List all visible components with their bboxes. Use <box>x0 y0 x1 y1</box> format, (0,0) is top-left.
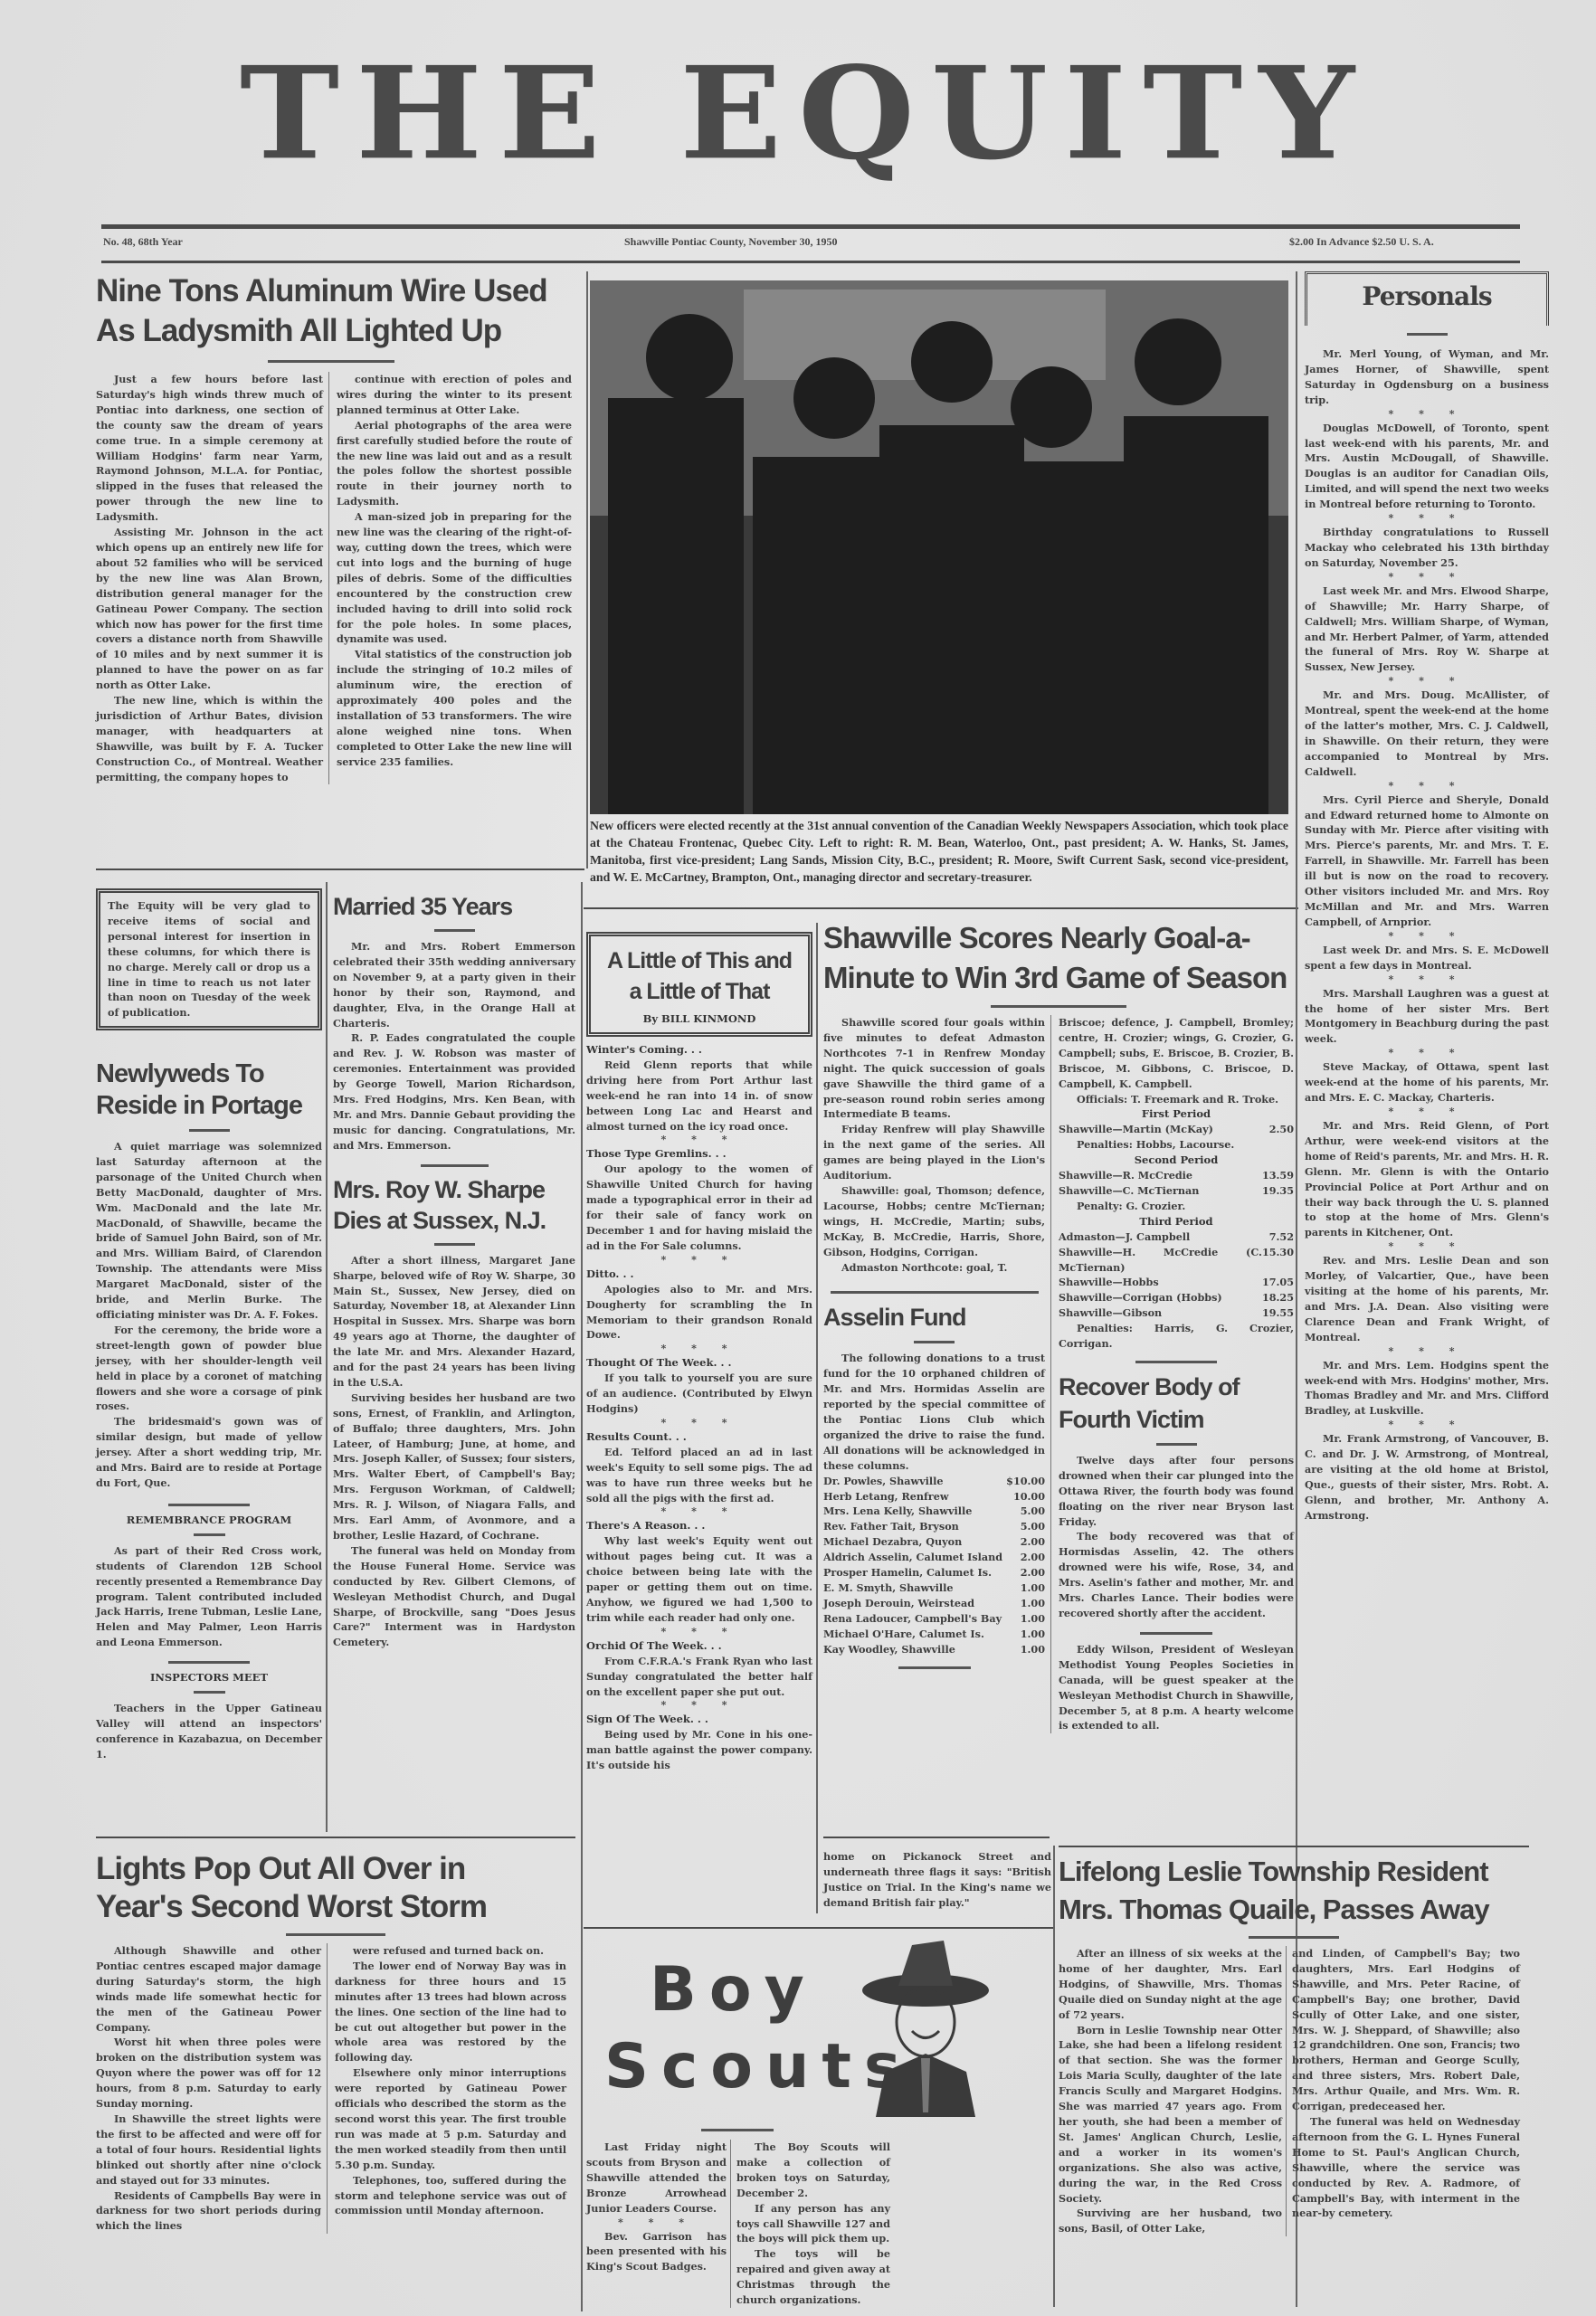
column-headline-2: a Little of That <box>594 976 804 1007</box>
period-title: Third Period <box>1059 1214 1294 1229</box>
scouts-title-1: Boy <box>650 1954 817 2026</box>
donation-row: Dr. Powles, Shawville$10.00 <box>823 1474 1045 1489</box>
paragraph: A man-sized job in preparing for the new… <box>337 509 572 647</box>
section-rule <box>168 1504 250 1506</box>
section-title: Winter's Coming. . . <box>586 1042 812 1058</box>
column-divider <box>816 923 818 1913</box>
newlyweds-body: A quiet marriage was solemnized last Sat… <box>96 1139 322 1491</box>
headline-rule <box>194 1691 225 1694</box>
paragraph: The bridesmaid's gown was of similar des… <box>96 1414 322 1491</box>
aluminum-headline-2: As Ladysmith All Lighted Up <box>96 311 584 351</box>
masthead-title: THE EQUITY <box>181 57 1430 169</box>
donation-row: Mrs. Lena Kelly, Shawville5.00 <box>823 1504 1045 1519</box>
paragraph: Reid Glenn reports that while driving he… <box>586 1058 812 1134</box>
goal-row: Shawville—Corrigan (Hobbs)18.25 <box>1059 1290 1294 1305</box>
little-of-this-body: Winter's Coming. . . Reid Glenn reports … <box>586 1042 812 1773</box>
donation-row: Herb Letang, Renfrew10.00 <box>823 1489 1045 1504</box>
paragraph: Briscoe; defence, J. Campbell, Bromley; … <box>1059 1015 1294 1092</box>
separator: * * * <box>1305 512 1549 525</box>
paragraph: The following donations to a trust fund … <box>823 1351 1045 1473</box>
paragraph: Eddy Wilson, President of Wesleyan Metho… <box>1059 1642 1294 1733</box>
section-title: There's A Reason. . . <box>586 1518 812 1533</box>
section-rule <box>1140 1632 1212 1635</box>
penalties: Penalties: Hobbs, Lacourse. <box>1059 1137 1294 1153</box>
goal-time: 15.30 <box>1262 1245 1294 1276</box>
donation-amount: $10.00 <box>1006 1474 1045 1489</box>
donation-amount: 2.00 <box>1021 1534 1045 1550</box>
paragraph: Mr. and Mrs. Robert Emmerson celebrated … <box>333 939 575 1030</box>
recover-headline-2: Fourth Victim <box>1059 1403 1294 1436</box>
donor-name: Dr. Powles, Shawville <box>823 1474 943 1489</box>
paragraph: If any person has any toys call Shawvill… <box>736 2201 890 2247</box>
separator: * * * <box>1305 1419 1549 1431</box>
paragraph: After an illness of six weeks at the hom… <box>1059 1946 1282 2023</box>
separator: * * * <box>586 1134 812 1146</box>
newspaper-page: THE EQUITY No. 48, 68th Year Shawville P… <box>0 0 1596 2316</box>
boy-scouts-banner: Boy Scouts <box>586 1936 1048 2117</box>
donation-amount: 1.00 <box>1021 1596 1045 1611</box>
paragraph: The body recovered was that of Hormisdas… <box>1059 1529 1294 1620</box>
personal-item: Mr. Merl Young, of Wyman, and Mr. James … <box>1305 346 1549 408</box>
paragraph: The toys will be repaired and given away… <box>736 2246 890 2308</box>
aluminum-col-2: continue with erection of poles and wire… <box>337 372 572 784</box>
paragraph: Worst hit when three poles were broken o… <box>96 2035 321 2112</box>
paragraph: Vital statistics of the construction job… <box>337 647 572 769</box>
donor-name: Michael Dezabra, Quyon <box>823 1534 962 1550</box>
section-rule <box>823 1837 1050 1838</box>
paragraph: Telephones, too, suffered during the sto… <box>335 2173 566 2219</box>
paragraph: From C.F.R.A.'s Frank Ryan who last Sund… <box>586 1654 812 1700</box>
headline-rule <box>434 1243 475 1246</box>
storm-headline-2: Year's Second Worst Storm <box>96 1888 575 1926</box>
sharpe-headline-1: Mrs. Roy W. Sharpe <box>333 1174 575 1205</box>
donation-row: Prosper Hamelin, Calumet Is.2.00 <box>823 1565 1045 1580</box>
goal-text: Admaston—J. Campbell <box>1059 1229 1190 1245</box>
remembrance-body: As part of their Red Cross work, student… <box>96 1543 322 1650</box>
donation-row: Kay Woodley, Shawville1.00 <box>823 1642 1045 1657</box>
paragraph: Assisting Mr. Johnson in the act which o… <box>96 525 323 693</box>
byline: By BILL KINMOND <box>594 1012 804 1025</box>
storm-article: Lights Pop Out All Over in Year's Second… <box>96 1850 575 2234</box>
section-title: Sign Of The Week. . . <box>586 1712 812 1727</box>
personal-item: Mr. Frank Armstrong, of Vancouver, B. C.… <box>1305 1431 1549 1523</box>
headline-rule <box>914 1341 955 1343</box>
paragraph: Surviving are her husband, two sons, Bas… <box>1059 2206 1282 2236</box>
goal-text: Shawville—Martin (McKay) <box>1059 1122 1213 1137</box>
paragraph: The lower end of Norway Bay was in darkn… <box>335 1959 566 2065</box>
paragraph: Last Friday night scouts from Bryson and… <box>586 2140 727 2216</box>
little-of-this-column: A Little of This and a Little of That By… <box>586 932 812 1773</box>
married-headline: Married 35 Years <box>333 891 575 922</box>
headline-rule <box>268 360 394 363</box>
donor-name: Rena Ladoucer, Campbell's Bay <box>823 1611 1002 1627</box>
separator: * * * <box>586 1505 812 1518</box>
separator: * * * <box>1305 675 1549 688</box>
paragraph: The new line, which is within the jurisd… <box>96 693 323 784</box>
personal-item: Rev. and Mrs. Leslie Dean and son Morley… <box>1305 1253 1549 1344</box>
goal-time: 19.35 <box>1262 1183 1294 1199</box>
personal-item: Mrs. Marshall Laughren was a guest at th… <box>1305 986 1549 1048</box>
donor-name: Aldrich Asselin, Calumet Island <box>823 1550 1002 1565</box>
paragraph: Teachers in the Upper Gatineau Valley wi… <box>96 1701 322 1762</box>
donor-name: Prosper Hamelin, Calumet Is. <box>823 1565 992 1580</box>
paragraph: Friday Renfrew will play Shawville in th… <box>823 1122 1045 1183</box>
sharpe-headline-2: Dies at Sussex, N.J. <box>333 1205 575 1236</box>
paragraph: Shawville scored four goals within five … <box>823 1015 1045 1122</box>
donor-name: Mrs. Lena Kelly, Shawville <box>823 1504 972 1519</box>
headline-rule <box>1156 1443 1197 1446</box>
masthead-rule-top <box>101 224 1520 229</box>
storm-headline-1: Lights Pop Out All Over in <box>96 1850 575 1888</box>
section-title: Results Count. . . <box>586 1429 812 1445</box>
goal-time: 19.55 <box>1262 1305 1294 1321</box>
scout-illustration-icon <box>858 1936 993 2117</box>
penalties: Penalty: G. Crozier. <box>1059 1199 1294 1214</box>
paragraph: R. P. Eades congratulated the couple and… <box>333 1030 575 1153</box>
place-date: Shawville Pontiac County, November 30, 1… <box>624 235 837 253</box>
officers-photo <box>590 280 1288 814</box>
separator: * * * <box>1305 408 1549 421</box>
donation-row: Rena Ladoucer, Campbell's Bay1.00 <box>823 1611 1045 1627</box>
goal-text: Shawville—C. McTiernan <box>1059 1183 1199 1199</box>
married-article: Married 35 Years Mr. and Mrs. Robert Emm… <box>333 891 575 1650</box>
goal-text: Shawville—Corrigan (Hobbs) <box>1059 1290 1222 1305</box>
column-divider <box>586 271 588 868</box>
subscription-price: $2.00 In Advance $2.50 U. S. A. <box>1289 235 1434 253</box>
personal-item: Douglas McDowell, of Toronto, spent last… <box>1305 421 1549 512</box>
paragraph: A quiet marriage was solemnized last Sat… <box>96 1139 322 1323</box>
scouts-col-1: Last Friday night scouts from Bryson and… <box>586 2140 731 2308</box>
separator: * * * <box>1305 1240 1549 1253</box>
boy-scouts-body: Last Friday night scouts from Bryson and… <box>586 2140 1048 2308</box>
paragraph: Born in Leslie Township near Otter Lake,… <box>1059 2023 1282 2207</box>
paragraph: Admaston Northcote: goal, T. <box>823 1260 1045 1276</box>
paragraph: Ed. Telford placed an ad in last week's … <box>586 1445 812 1506</box>
period-title: Second Period <box>1059 1153 1294 1168</box>
separator: * * * <box>1305 930 1549 943</box>
section-rule <box>1135 1361 1217 1363</box>
paragraph: Shawville: goal, Thomson; defence, Lacou… <box>823 1183 1045 1260</box>
scouts-col-2: The Boy Scouts will make a collection of… <box>736 2140 890 2308</box>
photo-caption: New officers were elected recently at th… <box>590 817 1288 886</box>
paragraph: Our apology to the women of Shawville Un… <box>586 1162 812 1253</box>
section-rule <box>1059 1846 1529 1847</box>
personals-column: Personals Mr. Merl Young, of Wyman, and … <box>1305 271 1549 1523</box>
donation-amount: 1.00 <box>1021 1627 1045 1642</box>
paragraph: Just a few hours before last Saturday's … <box>96 372 323 525</box>
section-title: Ditto. . . <box>586 1267 812 1282</box>
submission-notice-box: The Equity will be very glad to receive … <box>96 888 322 1030</box>
donation-amount: 5.00 <box>1021 1504 1045 1519</box>
sign-of-week-continued: home on Pickanock Street and underneath … <box>823 1837 1051 1911</box>
paragraph: were refused and turned back on. <box>335 1943 566 1959</box>
column-divider <box>326 882 328 1832</box>
donor-name: Rev. Father Tait, Bryson <box>823 1519 959 1534</box>
donation-amount: 2.00 <box>1021 1565 1045 1580</box>
personal-item: Mr. and Mrs. Reid Glenn, of Port Arthur,… <box>1305 1118 1549 1240</box>
hockey-col-2: Briscoe; defence, J. Campbell, Bromley; … <box>1059 1015 1294 1733</box>
quaile-article: Lifelong Leslie Township Resident Mrs. T… <box>1059 1853 1529 2236</box>
section-rule <box>701 2129 774 2131</box>
paragraph: Bev. Garrison has been presented with hi… <box>586 2229 727 2275</box>
goal-text: Shawville—Hobbs <box>1059 1275 1159 1290</box>
paragraph: and Linden, of Campbell's Bay; two daugh… <box>1292 1946 1520 2114</box>
headline-rule <box>194 1533 225 1536</box>
newlyweds-headline-2: Reside in Portage <box>96 1090 322 1122</box>
asselin-headline: Asselin Fund <box>823 1301 1045 1334</box>
separator: * * * <box>1305 1047 1549 1059</box>
paragraph: continue with erection of poles and wire… <box>337 372 572 418</box>
personal-item: Last week Dr. and Mrs. S. E. McDowell sp… <box>1305 943 1549 973</box>
newlyweds-article: Newlyweds To Reside in Portage A quiet m… <box>96 1058 322 1762</box>
donation-row: Michael O'Hare, Calumet Is.1.00 <box>823 1627 1045 1642</box>
paragraph: Being used by Mr. Cone in his one-man ba… <box>586 1727 812 1773</box>
goal-row: Admaston—J. Campbell7.52 <box>1059 1229 1294 1245</box>
separator: * * * <box>586 1343 812 1355</box>
paragraph: If you talk to yourself you are sure of … <box>586 1371 812 1417</box>
donation-amount: 1.00 <box>1021 1580 1045 1596</box>
issue-number: No. 48, 68th Year <box>103 235 183 253</box>
goal-row: Shawville—Hobbs17.05 <box>1059 1275 1294 1290</box>
quaile-col-1: After an illness of six weeks at the hom… <box>1059 1946 1287 2236</box>
officers-photo-image <box>590 280 1288 814</box>
storm-col-2: were refused and turned back on. The low… <box>335 1943 566 2234</box>
paragraph: Apologies also to Mr. and Mrs. Dougherty… <box>586 1282 812 1343</box>
paragraph: In Shawville the street lights were the … <box>96 2112 321 2188</box>
separator: * * * <box>586 1417 812 1429</box>
headline-rule <box>434 929 475 932</box>
headline-rule <box>189 1129 230 1132</box>
donor-name: E. M. Smyth, Shawville <box>823 1580 953 1596</box>
personal-item: Mr. and Mrs. Doug. McAllister, of Montre… <box>1305 688 1549 779</box>
section-title: Orchid Of The Week. . . <box>586 1638 812 1654</box>
recover-headline-1: Recover Body of <box>1059 1371 1294 1403</box>
headline-rule <box>1407 333 1448 336</box>
paragraph: The funeral was held on Monday from the … <box>333 1543 575 1650</box>
donation-row: Joseph Derouin, Weirstead1.00 <box>823 1596 1045 1611</box>
penalties: Penalties: Harris, G. Crozier, Corrigan. <box>1059 1321 1294 1352</box>
goal-time: 13.59 <box>1262 1168 1294 1183</box>
personals-header-box: Personals <box>1305 271 1549 326</box>
married-body: Mr. and Mrs. Robert Emmerson celebrated … <box>333 939 575 1153</box>
section-rule <box>831 1291 1039 1294</box>
paragraph: The funeral was held on Wednesday aftern… <box>1292 2114 1520 2221</box>
personal-item: Mr. and Mrs. Lem. Hodgins spent the week… <box>1305 1358 1549 1419</box>
officials: Officials: T. Freemark and R. Troke. <box>1059 1092 1294 1107</box>
newlyweds-headline-1: Newlyweds To <box>96 1058 322 1090</box>
personal-item: Steve Mackay, of Ottawa, spent last week… <box>1305 1059 1549 1106</box>
section-rule <box>584 907 1298 909</box>
paragraph: home on Pickanock Street and underneath … <box>823 1849 1051 1911</box>
personals-list: Mr. Merl Young, of Wyman, and Mr. James … <box>1305 346 1549 1523</box>
section-rule <box>168 1661 250 1664</box>
goal-text: Shawville—Gibson <box>1059 1305 1162 1321</box>
donor-name: Joseph Derouin, Weirstead <box>823 1596 974 1611</box>
section-rule <box>421 1164 489 1167</box>
paragraph: For the ceremony, the bride wore a stree… <box>96 1323 322 1414</box>
donation-amount: 1.00 <box>1021 1642 1045 1657</box>
separator: * * * <box>586 1699 812 1712</box>
headline-rule <box>286 1933 385 1936</box>
separator: * * * <box>1305 780 1549 793</box>
inspectors-body: Teachers in the Upper Gatineau Valley wi… <box>96 1701 322 1762</box>
headline-rule <box>991 1005 1126 1008</box>
donation-amount: 2.00 <box>1021 1550 1045 1565</box>
quaile-headline-2: Mrs. Thomas Quaile, Passes Away <box>1059 1891 1529 1929</box>
column-divider <box>1053 1846 1055 2307</box>
paragraph: After a short illness, Margaret Jane Sha… <box>333 1253 575 1391</box>
hockey-article: Shawville Scores Nearly Goal-a- Minute t… <box>823 918 1294 1733</box>
paragraph: Why last week's Equity went out without … <box>586 1533 812 1625</box>
donation-row: Rev. Father Tait, Bryson5.00 <box>823 1519 1045 1534</box>
remembrance-headline: REMEMBRANCE PROGRAM <box>96 1514 322 1526</box>
separator: * * * <box>1305 973 1549 986</box>
headline-rule <box>1249 1936 1339 1939</box>
separator: * * * <box>1305 1106 1549 1118</box>
goal-row: Shawville—Gibson19.55 <box>1059 1305 1294 1321</box>
donor-name: Kay Woodley, Shawville <box>823 1642 955 1657</box>
personal-item: Mrs. Cyril Pierce and Sheryle, Donald an… <box>1305 793 1549 930</box>
goal-row: Shawville—Martin (McKay)2.50 <box>1059 1122 1294 1137</box>
separator: * * * <box>586 1626 812 1638</box>
column-headline-1: A Little of This and <box>594 945 804 976</box>
hockey-col-1: Shawville scored four goals within five … <box>823 1015 1051 1733</box>
donation-amount: 1.00 <box>1021 1611 1045 1627</box>
goal-text: Shawville—R. McCredie <box>1059 1168 1192 1183</box>
separator: * * * <box>586 2216 727 2229</box>
section-rule <box>96 868 584 870</box>
paragraph: Twelve days after four persons drowned w… <box>1059 1453 1294 1530</box>
column-divider <box>581 882 583 2311</box>
paragraph: Aerial photographs of the area were firs… <box>337 418 572 509</box>
donations-list: Dr. Powles, Shawville$10.00 Herb Letang,… <box>823 1474 1045 1657</box>
donation-row: E. M. Smyth, Shawville1.00 <box>823 1580 1045 1596</box>
column-header-box: A Little of This and a Little of That By… <box>586 932 812 1037</box>
personals-title: Personals <box>1362 281 1491 311</box>
section-rule <box>584 1927 1054 1929</box>
separator: * * * <box>1305 571 1549 584</box>
section-rule <box>898 1666 971 1669</box>
paragraph: Residents of Campbells Bay were in darkn… <box>96 2188 321 2235</box>
goal-row: Shawville—R. McCredie13.59 <box>1059 1168 1294 1183</box>
section-title: Thought Of The Week. . . <box>586 1355 812 1371</box>
section-rule <box>96 1837 575 1838</box>
goal-time: 7.52 <box>1269 1229 1294 1245</box>
goal-time: 17.05 <box>1262 1275 1294 1290</box>
donation-row: Aldrich Asselin, Calumet Island2.00 <box>823 1550 1045 1565</box>
separator: * * * <box>1305 1345 1549 1358</box>
aluminum-article: Nine Tons Aluminum Wire Used As Ladysmit… <box>96 271 584 784</box>
section-title: Those Type Gremlins. . . <box>586 1146 812 1162</box>
masthead-rule-bottom <box>101 261 1520 263</box>
hockey-headline-1: Shawville Scores Nearly Goal-a- <box>823 918 1294 958</box>
paragraph: Although Shawville and other Pontiac cen… <box>96 1943 321 2035</box>
paragraph: As part of their Red Cross work, student… <box>96 1543 322 1650</box>
hockey-headline-2: Minute to Win 3rd Game of Season <box>823 958 1294 998</box>
donation-amount: 5.00 <box>1021 1519 1045 1534</box>
donor-name: Herb Letang, Renfrew <box>823 1489 948 1504</box>
goal-text: Shawville—H. McCredie (C. McTiernan) <box>1059 1245 1262 1276</box>
goal-time: 2.50 <box>1269 1122 1294 1137</box>
quaile-headline-1: Lifelong Leslie Township Resident <box>1059 1853 1529 1891</box>
quaile-col-2: and Linden, of Campbell's Bay; two daugh… <box>1292 1946 1520 2236</box>
inspectors-headline: INSPECTORS MEET <box>96 1671 322 1684</box>
paragraph: Surviving besides her husband are two so… <box>333 1391 575 1543</box>
personal-item: Birthday congratulations to Russell Mack… <box>1305 525 1549 571</box>
paragraph: The Boy Scouts will make a collection of… <box>736 2140 890 2201</box>
notice-text: The Equity will be very glad to receive … <box>108 898 310 1020</box>
paragraph: Elsewhere only minor interruptions were … <box>335 2065 566 2172</box>
goal-row: Shawville—H. McCredie (C. McTiernan)15.3… <box>1059 1245 1294 1276</box>
donation-row: Michael Dezabra, Quyon2.00 <box>823 1534 1045 1550</box>
donor-name: Michael O'Hare, Calumet Is. <box>823 1627 984 1642</box>
period-title: First Period <box>1059 1106 1294 1122</box>
aluminum-col-1: Just a few hours before last Saturday's … <box>96 372 329 784</box>
goal-time: 18.25 <box>1262 1290 1294 1305</box>
aluminum-headline-1: Nine Tons Aluminum Wire Used <box>96 271 584 311</box>
goal-row: Shawville—C. McTiernan19.35 <box>1059 1183 1294 1199</box>
personal-item: Last week Mr. and Mrs. Elwood Sharpe, of… <box>1305 584 1549 675</box>
sharpe-body: After a short illness, Margaret Jane Sha… <box>333 1253 575 1651</box>
storm-col-1: Although Shawville and other Pontiac cen… <box>96 1943 328 2234</box>
donation-amount: 10.00 <box>1013 1489 1045 1504</box>
separator: * * * <box>586 1254 812 1267</box>
